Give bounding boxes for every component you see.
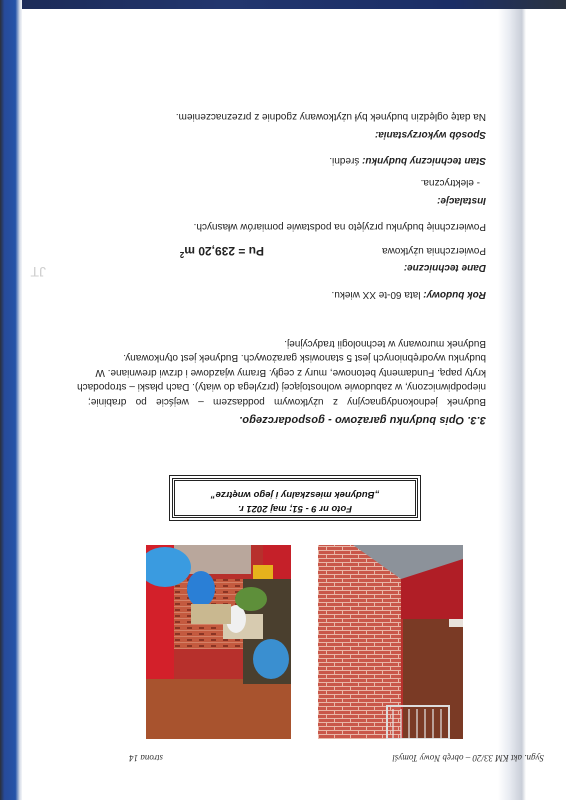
usage-label: Sposób wykorzystania:	[375, 129, 486, 140]
page-stamp: JT	[30, 264, 46, 280]
photo-garage-brick-wall	[318, 545, 463, 739]
photo-caption-line1: Foto nr 9 - 51; maj 2021 r.	[175, 501, 415, 515]
technical-condition-value: średni.	[329, 155, 359, 166]
description-line: niepodpiwniczony, w zabudowie wolnostoją…	[88, 379, 486, 394]
area-unit-superscript: 2	[180, 250, 184, 259]
technical-data-label: Dane techniczne:	[404, 262, 486, 273]
section-number: 3.3.	[467, 414, 486, 426]
photo-image	[318, 545, 463, 739]
area-note: Powierzchnię budynku przyjęto na podstaw…	[194, 221, 486, 232]
year-built: Rok budowy: lata 60-te XX wieku.	[332, 289, 487, 300]
usable-area-label: Powierzchnia użytkowa	[382, 245, 486, 256]
photo-garage-storage	[146, 545, 291, 739]
technical-condition-label: Stan techniczny budynku:	[362, 155, 486, 166]
description-line: kryty papą. Fundamenty betonowe, mury z …	[88, 364, 486, 379]
footer-page-number: strona 14	[129, 753, 163, 763]
installation-item: - elektryczna.	[421, 177, 480, 188]
photo-image	[146, 545, 291, 739]
description-line: Budynek murowany w technologii tradycyjn…	[88, 335, 486, 350]
description-line: budynku wyodrębnionych jest 5 stanowisk …	[88, 350, 486, 365]
description-line: Budynek jednokondygnacyjny z użytkowym p…	[88, 393, 486, 408]
section-title: 3.3. Opis budynku garażowo - gospodarcze…	[239, 414, 486, 426]
year-built-label: Rok budowy:	[423, 289, 486, 300]
year-built-value: lata 60-te XX wieku.	[332, 289, 421, 300]
building-description: Budynek jednokondygnacyjny z użytkowym p…	[88, 335, 486, 408]
technical-condition: Stan techniczny budynku: średni.	[329, 155, 486, 166]
usable-area-number: Pu = 239,20 m	[184, 244, 264, 258]
scanned-page-upside-down: 3.3. Opis budynku garażowo - gospodarcze…	[0, 0, 566, 800]
usage-value: Na datę oględzin budynek był użytkowany …	[176, 111, 486, 122]
usable-area-value: Pu = 239,20 m2	[180, 244, 264, 259]
photo-caption-box: Foto nr 9 - 51; maj 2021 r. „Budynek mie…	[172, 478, 418, 518]
installations-label: Instalacje:	[437, 195, 486, 206]
photo-caption-line2: „Budynek mieszkalny i jego wnętrze”	[175, 487, 415, 501]
footer-reference: Sygn. akt KM 33/20 – obręb Nowy Tomyśl	[392, 753, 544, 763]
section-title-text: Opis budynku garażowo - gospodarczego.	[239, 414, 464, 426]
